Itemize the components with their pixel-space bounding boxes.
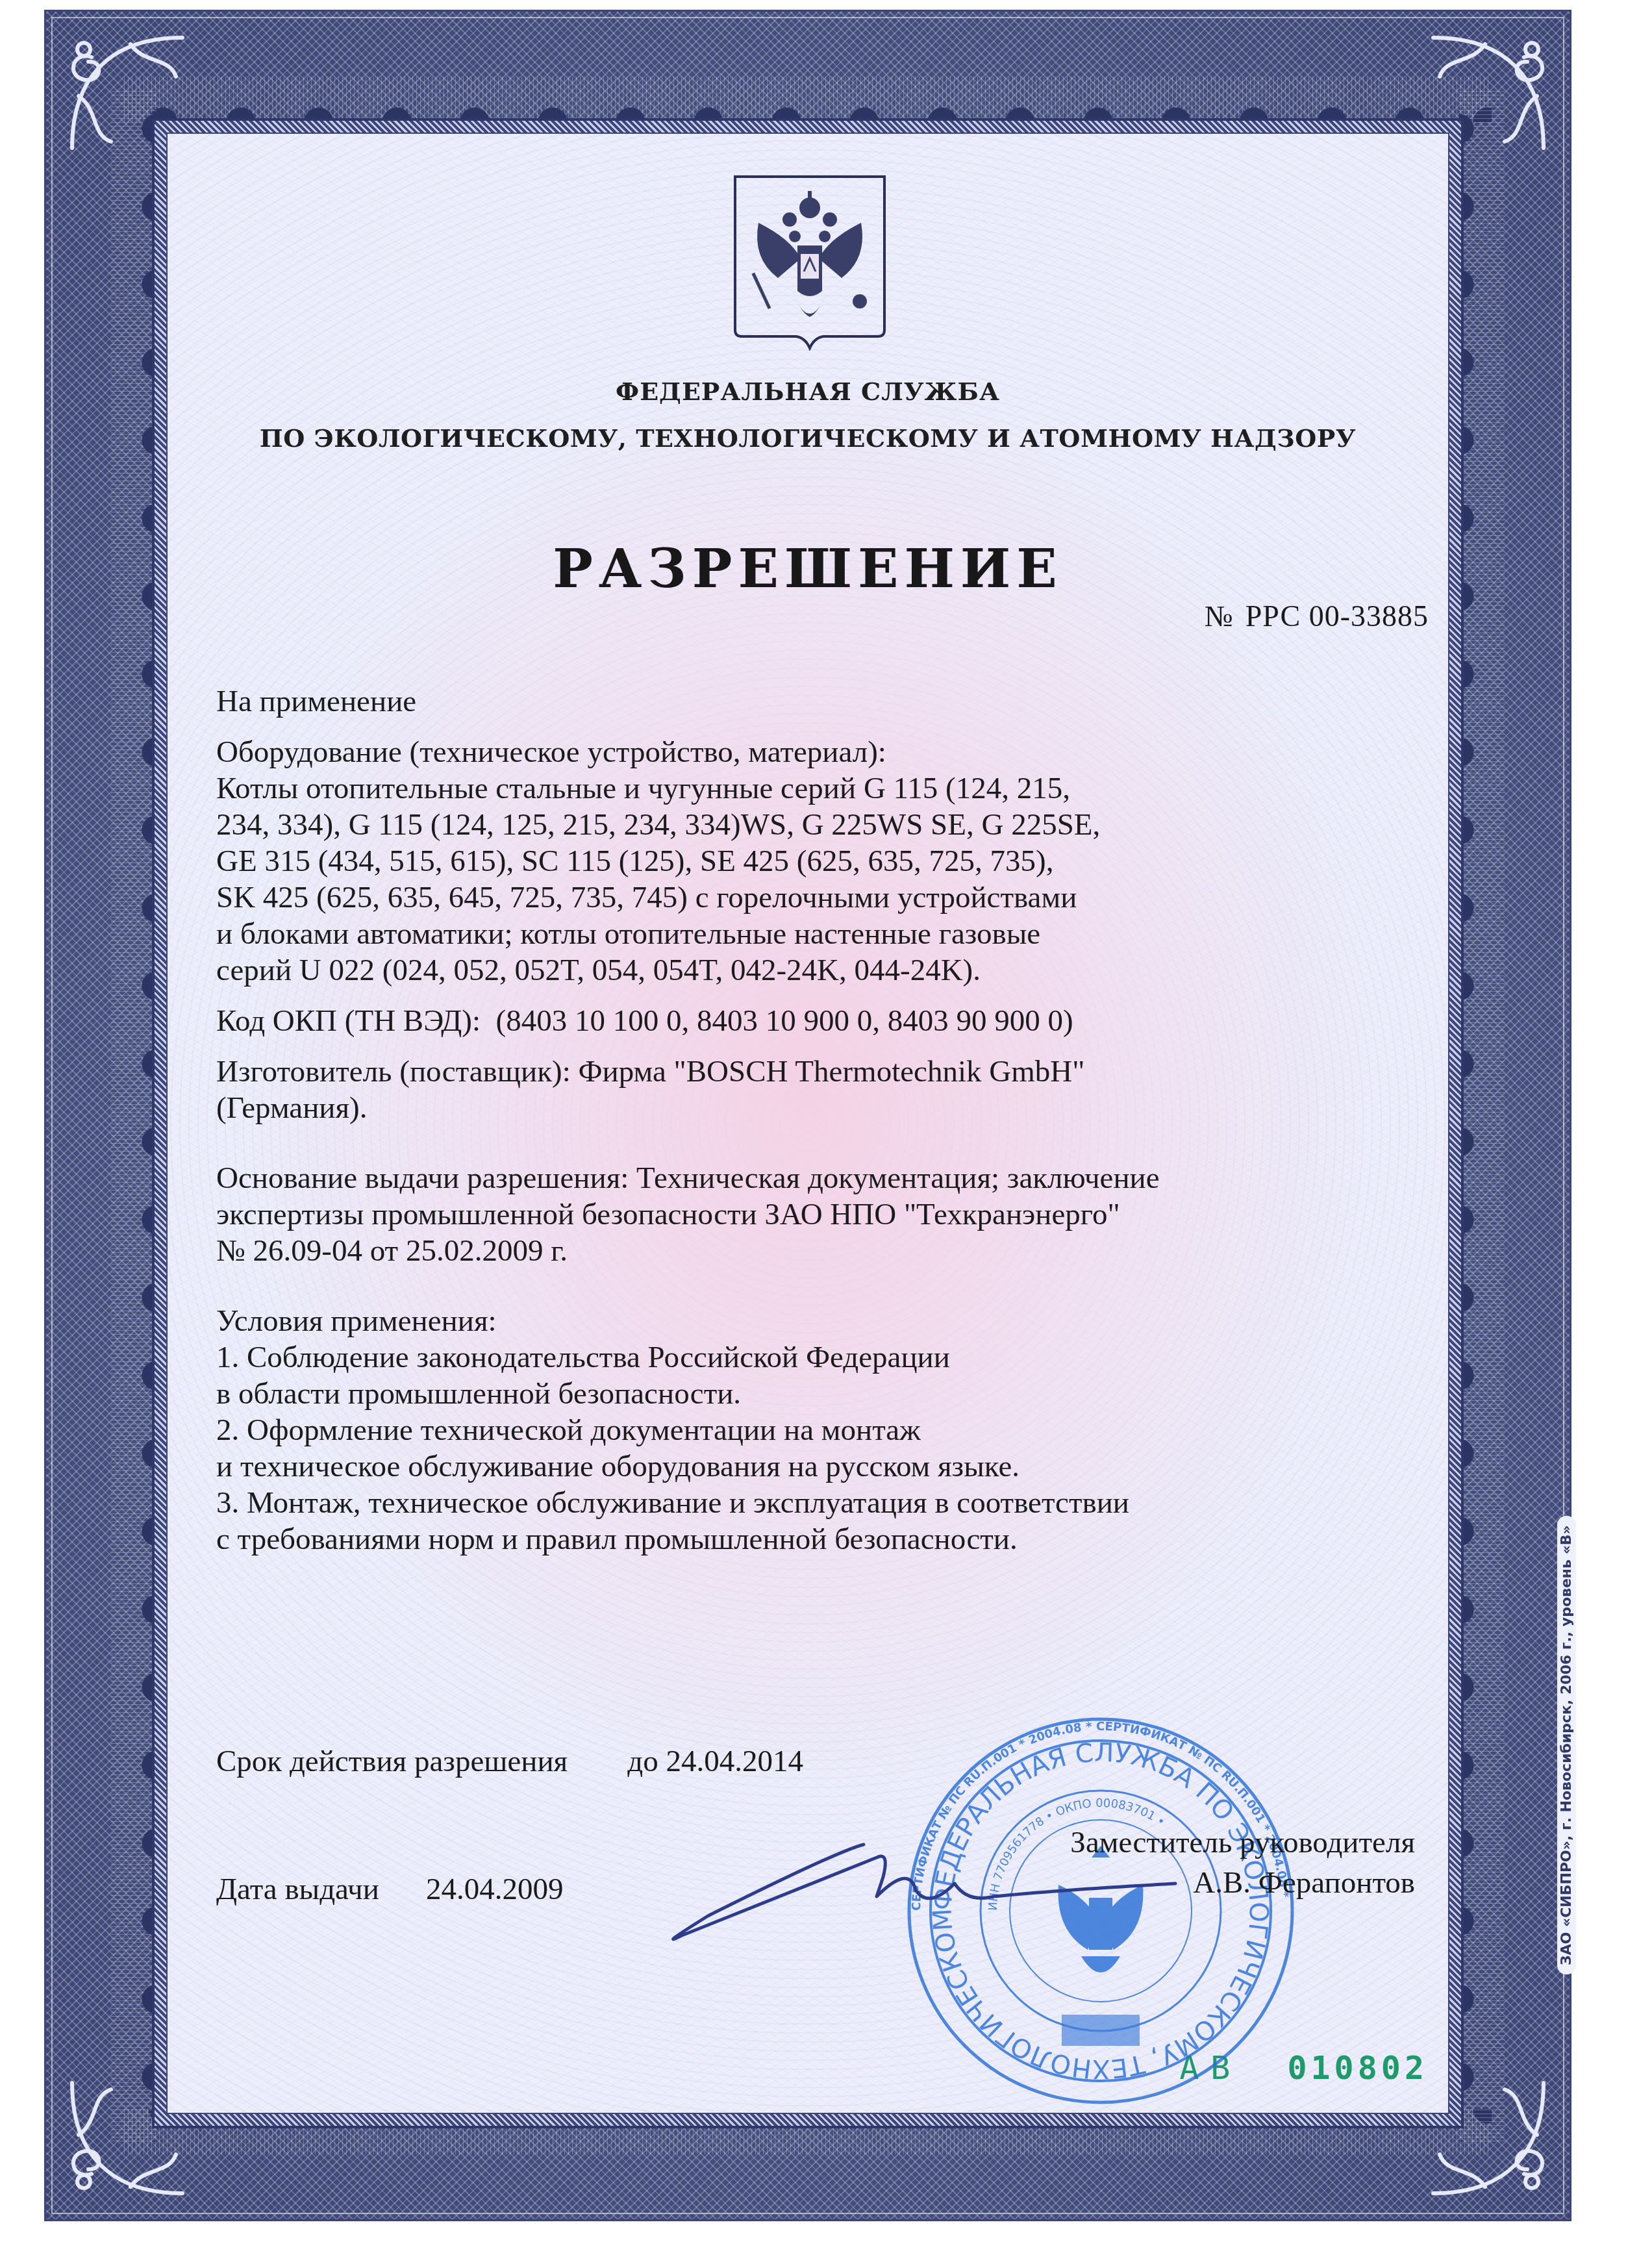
equipment-line: Котлы отопительные стальные и чугунные с… xyxy=(216,770,1437,807)
number-sign: № xyxy=(1205,599,1234,633)
conditions-title: Условия применения: xyxy=(216,1303,1437,1339)
validity-date: до 24.04.2014 xyxy=(627,1745,803,1778)
equipment-line: GE 315 (434, 515, 615), SC 115 (125), SE… xyxy=(216,843,1437,879)
document-body: На применение Оборудование (техническое … xyxy=(216,683,1437,1557)
equipment-line: 234, 334), G 115 (124, 125, 215, 234, 33… xyxy=(216,807,1437,843)
validity-label: Срок действия разрешения xyxy=(216,1745,568,1778)
equipment-line: серий U 022 (024, 052, 052T, 054, 054T, … xyxy=(216,952,1437,989)
permit-number: РРС 00-33885 xyxy=(1245,599,1429,633)
condition-line: 2. Оформление технической документации н… xyxy=(216,1412,1437,1448)
equipment-label: Оборудование (техническое устройство, ма… xyxy=(216,734,1437,770)
document-number: №РРС 00-33885 xyxy=(1205,599,1429,633)
condition-line: 1. Соблюдение законодательства Российско… xyxy=(216,1339,1437,1376)
condition-line: и техническое обслуживание оборудования … xyxy=(216,1448,1437,1485)
agency-name-line1: ФЕДЕРАЛЬНАЯ СЛУЖБА xyxy=(166,377,1449,406)
issue-date-label: Дата выдачи xyxy=(216,1872,379,1906)
basis-line: Основание выдачи разрешения: Техническая… xyxy=(216,1160,1437,1196)
serial-number: 010802 xyxy=(1287,2049,1428,2087)
manufacturer-line: Изготовитель (поставщик): Фирма "BOSCH T… xyxy=(216,1053,1437,1090)
purpose-line: На применение xyxy=(216,683,1437,720)
border-band-left xyxy=(111,90,156,2141)
equipment-line: и блоками автоматики; котлы отопительные… xyxy=(216,916,1437,952)
handwritten-signature-icon xyxy=(604,1838,1188,1955)
issue-date-value: 24.04.2009 xyxy=(426,1872,564,1906)
equipment-line: SK 425 (625, 635, 645, 725, 735, 745) с … xyxy=(216,879,1437,916)
okp-code-line: Код ОКП (ТН ВЭД): (8403 10 100 0, 8403 1… xyxy=(216,1003,1437,1039)
issue-date: Дата выдачи24.04.2009 xyxy=(216,1872,563,1907)
validity-period: Срок действия разрешениядо 24.04.2014 xyxy=(216,1744,803,1779)
basis-line: № 26.09-04 от 25.02.2009 г. xyxy=(216,1233,1437,1269)
agency-name-line2: ПО ЭКОЛОГИЧЕСКОМУ, ТЕХНОЛОГИЧЕСКОМУ И АТ… xyxy=(166,423,1449,453)
condition-line: с требованиями норм и правил промышленно… xyxy=(216,1521,1437,1557)
certificate-sheet: ФЕДЕРАЛЬНАЯ СЛУЖБА ПО ЭКОЛОГИЧЕСКОМУ, ТЕ… xyxy=(0,0,1652,2268)
printer-imprint: ЗАО «СИБПРО», г. Новосибирск, 2006 г., у… xyxy=(1557,1516,1576,1974)
condition-line: в области промышленной безопасности. xyxy=(216,1376,1437,1412)
basis-line: экспертизы промышленной безопасности ЗАО… xyxy=(216,1196,1437,1233)
document-title: РАЗРЕШЕНИЕ xyxy=(166,538,1449,600)
condition-line: 3. Монтаж, техническое обслуживание и эк… xyxy=(216,1485,1437,1521)
russian-coat-of-arms-icon xyxy=(732,174,887,351)
border-band-right xyxy=(1459,90,1505,2141)
manufacturer-line: (Германия). xyxy=(216,1090,1437,1126)
border-band-top xyxy=(124,77,1492,122)
